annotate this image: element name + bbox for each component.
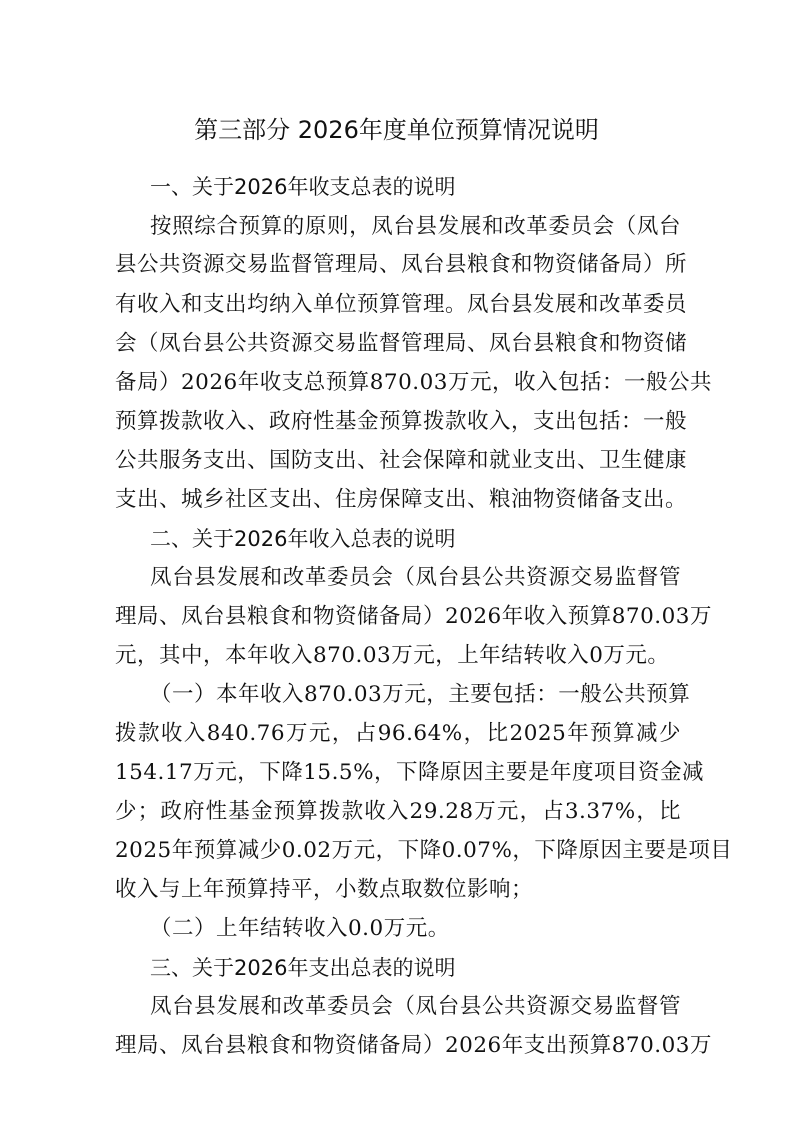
paragraph-line: （一）本年收入870.03万元，主要包括：一般公共预算 bbox=[150, 676, 681, 714]
paragraph-line: 公共服务支出、国防支出、社会保障和就业支出、卫生健康 bbox=[115, 442, 681, 480]
paragraph-line: 元，其中，本年收入870.03万元，上年结转收入0万元。 bbox=[115, 637, 681, 675]
paragraph-line: 凤台县发展和改革委员会（凤台县公共资源交易监督管 bbox=[150, 559, 681, 597]
paragraph-line: 支出、城乡社区支出、住房保障支出、粮油物资储备支出。 bbox=[115, 481, 681, 519]
paragraph-line: 少；政府性基金预算拨款收入29.28万元，占3.37%，比 bbox=[115, 793, 681, 831]
page-title: 第三部分 2026年度单位预算情况说明 bbox=[0, 110, 793, 145]
section-heading-2: 二、关于2026年收入总表的说明 bbox=[150, 520, 455, 558]
paragraph-line: 预算拨款收入、政府性基金预算拨款收入，支出包括：一般 bbox=[115, 403, 681, 441]
paragraph-line: 拨款收入840.76万元，占96.64%，比2025年预算减少 bbox=[115, 715, 681, 753]
paragraph-line: 备局）2026年收支总预算870.03万元，收入包括：一般公共 bbox=[115, 364, 681, 402]
paragraph-line: 按照综合预算的原则，凤台县发展和改革委员会（凤台 bbox=[150, 208, 681, 246]
section-heading-3: 三、关于2026年支出总表的说明 bbox=[150, 949, 455, 987]
paragraph-line: 会（凤台县公共资源交易监督管理局、凤台县粮食和物资储 bbox=[115, 325, 681, 363]
paragraph-line: 理局、凤台县粮食和物资储备局）2026年支出预算870.03万 bbox=[115, 1027, 681, 1065]
paragraph-line: 有收入和支出均纳入单位预算管理。凤台县发展和改革委员 bbox=[115, 286, 681, 324]
document-page: 第三部分 2026年度单位预算情况说明 一、关于2026年收支总表的说明 按照综… bbox=[0, 0, 793, 1122]
paragraph-line: 收入与上年预算持平，小数点取数位影响； bbox=[115, 871, 681, 909]
paragraph-line: 县公共资源交易监督管理局、凤台县粮食和物资储备局）所 bbox=[115, 246, 681, 284]
paragraph-line: （二）上年结转收入0.0万元。 bbox=[150, 910, 681, 948]
paragraph-line: 2025年预算减少0.02万元，下降0.07%，下降原因主要是项目 bbox=[115, 832, 681, 870]
section-heading-1: 一、关于2026年收支总表的说明 bbox=[150, 168, 455, 206]
paragraph-line: 理局、凤台县粮食和物资储备局）2026年收入预算870.03万 bbox=[115, 598, 681, 636]
paragraph-line: 154.17万元，下降15.5%，下降原因主要是年度项目资金减 bbox=[115, 754, 681, 792]
paragraph-line: 凤台县发展和改革委员会（凤台县公共资源交易监督管 bbox=[150, 988, 681, 1026]
